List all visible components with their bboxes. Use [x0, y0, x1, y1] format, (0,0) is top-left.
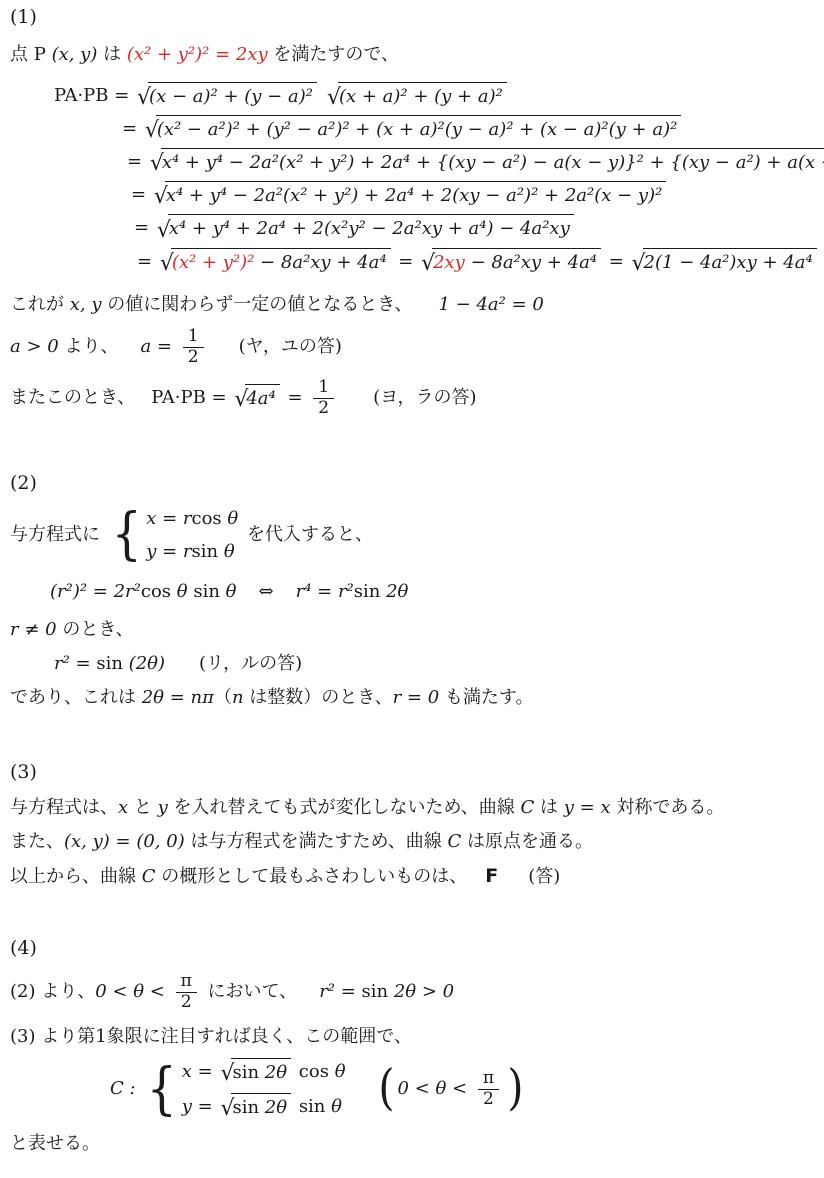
math-run-red: 2xy	[433, 250, 465, 276]
sqrt-expr: √(x² + y²)² − 8a²xy + 4a⁴	[160, 248, 391, 276]
solution-line: = √(x² − a²)² + (y² − a²)² + (x + a)²(y …	[122, 115, 814, 143]
solution-line: 以上から、曲線 C の概形として最もふさわしいものは、F(答)	[10, 863, 814, 891]
radical-sign: √	[145, 119, 159, 142]
math-run: 2(1 − 4a²)xy + 4a⁴	[644, 250, 813, 276]
math-upright-run: =	[122, 116, 143, 142]
fraction: π2	[478, 1070, 499, 1109]
radicand: 4a⁴	[245, 384, 279, 412]
math-run: x⁴ + y⁴ + 2a⁴ + 2(x²y² − 2a²xy + a⁴) − 4…	[169, 216, 570, 242]
sqrt-expr: √sin 2θ	[220, 1058, 291, 1086]
cases-rows: x = rcos θy = rsin θ	[146, 506, 238, 565]
fraction: π2	[176, 973, 197, 1012]
cases-brace: {	[147, 1066, 177, 1113]
radical-sign: √	[327, 86, 341, 109]
text-run: また、	[10, 829, 64, 855]
text-run: (ヤ，ユの答)	[239, 334, 342, 360]
sqrt-expr: √x⁴ + y⁴ + 2a⁴ + 2(x²y² − 2a²xy + a⁴) − …	[157, 214, 574, 242]
math-run: x⁴ + y⁴ − 2a²(x² + y²) + 2a⁴ + {(xy − a²…	[162, 150, 824, 176]
section-3: (3)与方程式は、x と y を入れ替えても式が変化しないため、曲線 C は y…	[10, 761, 814, 891]
solution-content: (1)点 P (x, y) は (x² + y²)² = 2xy を満たすので、…	[10, 6, 814, 1157]
radicand: 2(1 − 4a²)xy + 4a⁴	[643, 248, 817, 276]
text-run: を満たすので、	[268, 42, 399, 68]
math-upright-run: sin	[362, 979, 394, 1005]
text-run: の概形として最もふさわしいものは、	[156, 864, 468, 890]
radicand: x⁴ + y⁴ − 2a²(x² + y²) + 2a⁴ + {(xy − a²…	[161, 148, 824, 176]
text-run: と表せる。	[10, 1131, 100, 1157]
section-4: (4)(2) より、0 < θ < π2 において、r² = sin 2θ > …	[10, 937, 814, 1157]
spacer	[135, 398, 151, 399]
solution-line: またこのとき、PA·PB = √4a⁴ = 12(ヨ，ラの答)	[10, 379, 814, 418]
radical-sign: √	[421, 252, 435, 275]
fraction: 12	[313, 379, 334, 418]
math-run: θ	[331, 1094, 342, 1120]
spacer	[339, 398, 373, 399]
solution-line: (r²)² = 2r²cos θ sin θ⇔r⁴ = r²sin 2θ	[50, 579, 814, 605]
radicand: (x² + y²)² − 8a²xy + 4a⁴	[171, 248, 391, 276]
spacer	[467, 877, 485, 878]
text-run: より、	[59, 334, 119, 360]
radical-sign: √	[160, 252, 174, 275]
text-run: は	[534, 795, 563, 821]
solution-line: 与方程式は、x と y を入れ替えても式が変化しないため、曲線 C は y = …	[10, 795, 814, 821]
math-run: 2θ	[386, 579, 408, 605]
math-upright-run: PA·PB =	[151, 385, 232, 411]
spacer	[498, 877, 528, 878]
solution-line: (2) より、0 < θ < π2 において、r² = sin 2θ > 0	[10, 973, 814, 1012]
sqrt-expr: √(x − a)² + (y − a)²	[137, 82, 317, 110]
math-run: C	[142, 864, 156, 890]
radical-sign: √	[154, 185, 168, 208]
math-run: (x, y)	[46, 42, 98, 68]
math-run: y	[158, 795, 168, 821]
text-run: またこのとき、	[10, 385, 135, 411]
math-run: r² =	[319, 979, 361, 1005]
math-upright-run: sin	[232, 1060, 264, 1086]
math-run-red: (x² + y²)² = 2xy	[127, 42, 268, 68]
math-run: a > 0	[10, 334, 59, 360]
math-run: x	[118, 795, 128, 821]
math-run: 4a⁴	[246, 386, 275, 412]
math-upright-run: sin	[354, 579, 386, 605]
spacer	[274, 591, 296, 592]
math-run: y =	[182, 1094, 219, 1120]
section-label: (4)	[10, 937, 814, 959]
solution-line: a > 0 より、a = 12(ヤ，ユの答)	[10, 328, 814, 367]
math-run: C :	[110, 1076, 141, 1102]
text-run: 与方程式に	[10, 522, 106, 548]
text-run: 与方程式は、	[10, 795, 118, 821]
math-run: 0 < θ <	[398, 1076, 473, 1102]
sqrt-expr: √2xy − 8a²xy + 4a⁴	[421, 248, 601, 276]
math-upright-run: sin	[96, 651, 123, 677]
math-run: y = r	[146, 539, 191, 565]
math-run: x⁴ + y⁴ − 2a²(x² + y²) + 2a⁴ + 2(xy − a²…	[166, 183, 663, 209]
math-run: (x − a)² + (y − a)²	[149, 84, 313, 110]
fraction-numerator: 1	[313, 379, 334, 398]
sqrt-expr: √4a⁴	[234, 384, 279, 412]
text-run: であり、これは	[10, 685, 142, 711]
sqrt-expr: √sin 2θ	[220, 1093, 291, 1121]
math-run: r ≠ 0	[10, 617, 57, 643]
radicand: sin 2θ	[231, 1093, 291, 1121]
section-1: (1)点 P (x, y) は (x² + y²)² = 2xy を満たすので、…	[10, 6, 814, 418]
spacer	[165, 663, 199, 664]
paren-right: )	[508, 1067, 524, 1111]
fraction-numerator: 1	[183, 328, 204, 347]
solution-line: PA·PB = √(x − a)² + (y − a)²√(x + a)² + …	[54, 82, 814, 110]
radicand: 2xy − 8a²xy + 4a⁴	[432, 248, 601, 276]
math-upright-run: cos	[192, 506, 228, 532]
math-upright-run: PA·PB =	[54, 83, 135, 109]
spacer	[209, 347, 239, 348]
text-run: （	[214, 685, 232, 711]
math-run: C	[447, 829, 461, 855]
cases-row: x = rcos θ	[146, 506, 238, 532]
math-run: θ	[177, 579, 194, 605]
paren-content: 0 < θ < π2	[398, 1070, 505, 1109]
math-upright-run: sin	[192, 539, 224, 565]
cases-row: x = √sin 2θ cos θ	[182, 1058, 346, 1086]
solution-line: = √x⁴ + y⁴ + 2a⁴ + 2(x²y² − 2a²xy + a⁴) …	[134, 214, 814, 242]
fraction-denominator: 2	[176, 992, 197, 1012]
radical-sign: √	[220, 1062, 234, 1085]
math-upright-run: cos	[141, 579, 177, 605]
text-run: (2) より、	[10, 979, 95, 1005]
text-run: (答)	[528, 864, 560, 890]
solution-line: と表せる。	[10, 1131, 814, 1157]
math-run: − 8a²xy + 4a⁴	[254, 250, 386, 276]
fraction-numerator: π	[478, 1070, 499, 1089]
solution-line: C : {x = √sin 2θ cos θy = √sin 2θ sin θ(…	[110, 1058, 814, 1121]
radicand: (x − a)² + (y − a)²	[148, 82, 317, 110]
text-run: は与方程式を満たすため、曲線	[185, 829, 448, 855]
math-run: (x² − a²)² + (y² − a²)² + (x + a)²(y − a…	[157, 117, 678, 143]
cases-group: {x = √sin 2θ cos θy = √sin 2θ sin θ	[144, 1058, 345, 1121]
radicand: sin 2θ	[231, 1058, 291, 1086]
spacer	[413, 304, 439, 305]
text-run: は整数）のとき、	[244, 685, 393, 711]
math-upright-run: =	[282, 385, 309, 411]
text-run: のとき、	[57, 617, 134, 643]
text-run: (3) より第1象限に注目すれば良く、この範囲で、	[10, 1024, 412, 1050]
math-run: C	[521, 795, 535, 821]
math-upright-run: =	[393, 249, 420, 275]
text-run: 対称である。	[611, 795, 725, 821]
math-run: 2θ > 0	[394, 979, 454, 1005]
math-run: n	[232, 685, 244, 711]
math-run: (x + a)² + (y + a)²	[339, 84, 503, 110]
section-label: (1)	[10, 6, 814, 28]
text-run: を入れ替えても式が変化しないため、曲線	[168, 795, 521, 821]
cases-brace: {	[111, 511, 141, 558]
math-run: 2θ	[265, 1095, 287, 1121]
text-run: 点 P	[10, 42, 46, 68]
fraction-numerator: π	[176, 973, 197, 992]
cases-row: y = rsin θ	[146, 539, 238, 565]
math-upright-run: =	[603, 249, 630, 275]
text-run: と	[128, 795, 157, 821]
solution-line: また、(x, y) = (0, 0) は与方程式を満たすため、曲線 C は原点を…	[10, 829, 814, 855]
section-2: (2)与方程式に {x = rcos θy = rsin θ を代入すると、(r…	[10, 472, 814, 712]
sqrt-expr: √(x² − a²)² + (y² − a²)² + (x + a)²(y − …	[145, 115, 682, 143]
math-run: 2θ = nπ	[142, 685, 214, 711]
radicand: (x² − a²)² + (y² − a²)² + (x + a)²(y − a…	[156, 115, 682, 143]
math-run: (2θ)	[123, 651, 165, 677]
solution-line: = √x⁴ + y⁴ − 2a²(x² + y²) + 2a⁴ + 2(xy −…	[131, 181, 814, 209]
solution-line: r ≠ 0 のとき、	[10, 617, 814, 643]
math-run: r⁴ = r²	[296, 579, 354, 605]
solution-line: これが x, y の値に関わらず一定の値となるとき、1 − 4a² = 0	[10, 292, 814, 318]
math-run: a =	[140, 334, 177, 360]
math-upright-run: sin	[193, 579, 225, 605]
section-label: (2)	[10, 472, 814, 494]
solution-line: (3) より第1象限に注目すれば良く、この範囲で、	[10, 1024, 814, 1050]
text-run: は	[97, 42, 126, 68]
radical-sign: √	[234, 388, 248, 411]
math-upright-run: =	[127, 149, 148, 175]
math-run: r = 0	[393, 685, 440, 711]
math-run: 0 < θ <	[95, 979, 170, 1005]
answer-choice: F	[485, 863, 498, 891]
fraction-denominator: 2	[478, 1089, 499, 1109]
math-run: x =	[182, 1059, 219, 1085]
math-solution-page: (1)点 P (x, y) は (x² + y²)² = 2xy を満たすので、…	[0, 0, 824, 1178]
math-run: (r²)² = 2r²	[50, 579, 141, 605]
section-label: (3)	[10, 761, 814, 783]
text-run: も満たす。	[439, 685, 533, 711]
fraction-denominator: 2	[313, 398, 334, 418]
solution-line: = √(x² + y²)² − 8a²xy + 4a⁴ = √2xy − 8a²…	[137, 248, 814, 276]
radical-sign: √	[137, 86, 151, 109]
sqrt-expr: √(x + a)² + (y + a)²	[327, 82, 507, 110]
radicand: x⁴ + y⁴ + 2a⁴ + 2(x²y² − 2a²xy + a⁴) − 4…	[168, 214, 574, 242]
math-upright-run: sin	[232, 1095, 264, 1121]
radical-sign: √	[150, 152, 164, 175]
spacer	[349, 1089, 375, 1090]
spacer	[297, 992, 319, 993]
paren-left: (	[378, 1067, 394, 1111]
math-run: θ	[226, 579, 237, 605]
spacer	[118, 347, 140, 348]
solution-line: = √x⁴ + y⁴ − 2a²(x² + y²) + 2a⁴ + {(xy −…	[127, 148, 814, 176]
math-run: 2θ	[265, 1060, 287, 1086]
text-run: 以上から、曲線	[10, 864, 142, 890]
solution-line: r² = sin (2θ)(リ，ルの答)	[54, 651, 814, 677]
math-upright-run: ⇔	[259, 579, 274, 605]
text-run: は原点を通る。	[461, 829, 593, 855]
text-run: を代入すると、	[241, 522, 373, 548]
radical-sign: √	[157, 219, 171, 242]
sqrt-expr: √x⁴ + y⁴ − 2a²(x² + y²) + 2a⁴ + {(xy − a…	[150, 148, 824, 176]
math-run: θ	[227, 506, 238, 532]
paren-group: (0 < θ < π2)	[377, 1067, 526, 1111]
text-run: これが	[10, 292, 70, 318]
math-run: (x, y) = (0, 0)	[64, 829, 185, 855]
math-run: y = x	[564, 795, 611, 821]
math-run-red: (x² + y²)²	[172, 250, 255, 276]
math-upright-run: sin	[293, 1094, 331, 1120]
math-upright-run: =	[137, 249, 158, 275]
math-upright-run: cos	[293, 1059, 335, 1085]
fraction: 12	[183, 328, 204, 367]
radical-sign: √	[220, 1097, 234, 1120]
math-run: r² =	[54, 651, 96, 677]
radical-sign: √	[632, 252, 646, 275]
math-run: θ	[335, 1059, 346, 1085]
text-run: の値に関わらず一定の値となるとき、	[102, 292, 413, 318]
math-run: x, y	[70, 292, 102, 318]
text-run: (ヨ，ラの答)	[373, 385, 476, 411]
sqrt-expr: √2(1 − 4a²)xy + 4a⁴	[632, 248, 817, 276]
fraction-denominator: 2	[183, 347, 204, 367]
text-run: (リ，ルの答)	[199, 651, 302, 677]
solution-line: であり、これは 2θ = nπ（n は整数）のとき、r = 0 も満たす。	[10, 685, 814, 711]
cases-row: y = √sin 2θ sin θ	[182, 1093, 346, 1121]
math-run: 1 − 4a² = 0	[439, 292, 544, 318]
sqrt-expr: √x⁴ + y⁴ − 2a²(x² + y²) + 2a⁴ + 2(xy − a…	[154, 181, 667, 209]
math-upright-run: =	[131, 182, 152, 208]
cases-group: {x = rcos θy = rsin θ	[109, 506, 239, 565]
text-run: において、	[202, 979, 297, 1005]
math-upright-run: =	[134, 215, 155, 241]
solution-line: 与方程式に {x = rcos θy = rsin θ を代入すると、	[10, 506, 814, 565]
math-run: x = r	[146, 506, 191, 532]
math-run: θ	[224, 539, 235, 565]
radicand: x⁴ + y⁴ − 2a²(x² + y²) + 2a⁴ + 2(xy − a²…	[165, 181, 667, 209]
spacer	[237, 591, 259, 592]
radicand: (x + a)² + (y + a)²	[338, 82, 507, 110]
spacer	[319, 96, 325, 97]
cases-rows: x = √sin 2θ cos θy = √sin 2θ sin θ	[182, 1058, 346, 1121]
solution-line: 点 P (x, y) は (x² + y²)² = 2xy を満たすので、	[10, 42, 814, 68]
math-run: − 8a²xy + 4a⁴	[465, 250, 597, 276]
